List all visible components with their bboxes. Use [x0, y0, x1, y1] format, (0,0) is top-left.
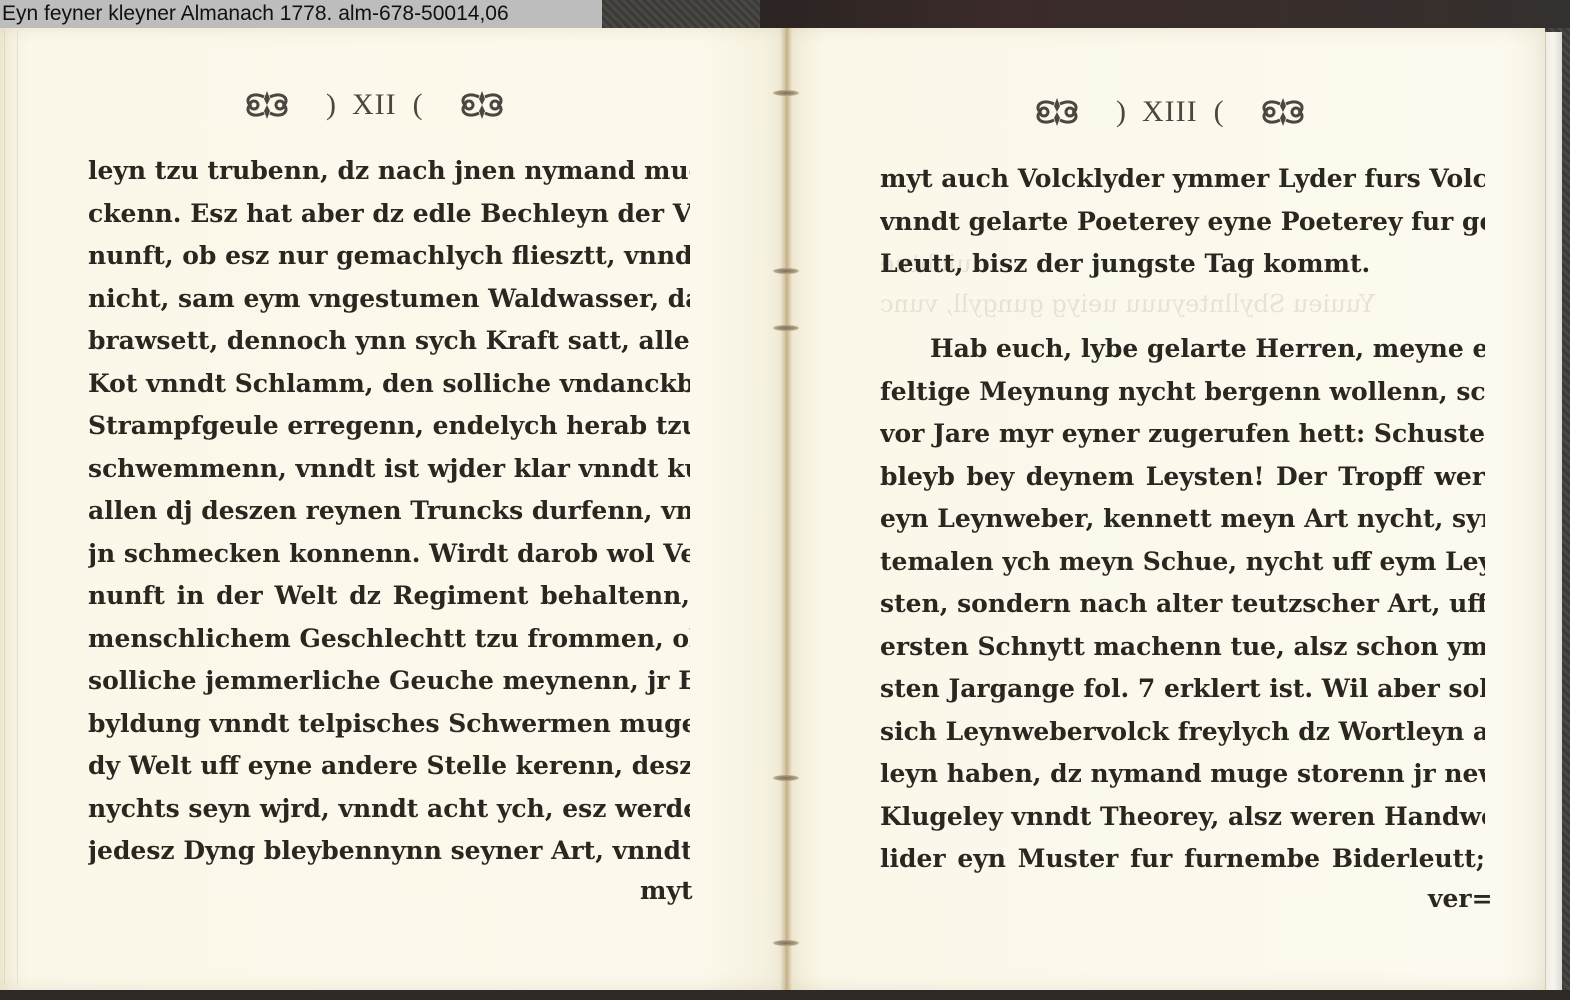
- book-gutter: [780, 28, 792, 990]
- page-number-paren-close: (: [413, 88, 423, 122]
- text-line: ckenn. Esz hat aber dz edle Bechleyn der…: [88, 193, 690, 236]
- text-line: schwemmenn, vnndt ist wjder klar vnndt k…: [88, 448, 690, 491]
- book-cover-edge: [760, 0, 1570, 28]
- fleuron-ornament-icon: [1258, 96, 1308, 128]
- binding-stitch: [773, 775, 799, 781]
- fleuron-ornament-icon: [242, 89, 292, 121]
- catchword: myt: [640, 876, 693, 905]
- text-line: dy Welt uff eyne andere Stelle kerenn, d…: [88, 745, 690, 788]
- catchword: ver=: [1428, 884, 1493, 913]
- page-number: XII: [352, 88, 397, 122]
- text-line: nunft in der Welt dz Regiment behaltenn,: [88, 575, 690, 618]
- text-line: solliche jemmerliche Geuche meynenn, jr …: [88, 660, 690, 703]
- text-line: Klugeley vnndt Theorey, alsz weren Handw…: [880, 796, 1485, 839]
- text-line: byldung vnndt telpisches Schwermen muge: [88, 703, 690, 746]
- page-number-paren-close: (: [1214, 95, 1224, 129]
- text-line: myt auch Volcklyder ymmer Lyder furs Vol…: [880, 158, 1485, 201]
- binding-stitch: [773, 268, 799, 274]
- text-line: Leutt, bisz der jungste Tag kommt.: [880, 243, 1485, 286]
- left-page-header: ) XII (: [242, 88, 507, 122]
- text-line: vor Jare myr eyner zugerufen hett: Schus…: [880, 413, 1485, 456]
- binding-stitch: [773, 325, 799, 331]
- left-page-edges: [4, 30, 18, 985]
- text-line: jn schmecken konnenn. Wirdt darob wol Ve…: [88, 533, 690, 576]
- text-line: vnndt gelarte Poeterey eyne Poeterey fur…: [880, 201, 1485, 244]
- text-line: brawsett, dennoch ynn sych Kraft satt, a…: [88, 320, 690, 363]
- text-line: temalen ych meyn Schue, nycht uff eym Le…: [880, 541, 1485, 584]
- page-number: XIII: [1142, 95, 1198, 129]
- text-line: jedesz Dyng bleybennynn seyner Art, vnnd…: [88, 830, 690, 873]
- binding-stitch: [773, 940, 799, 946]
- text-line: ersten Schnytt machenn tue, alsz schon y…: [880, 626, 1485, 669]
- text-line: Strampfgeule erregenn, endelych herab tz…: [88, 405, 690, 448]
- text-line: menschlichem Geschlechtt tzu frommen, ob…: [88, 618, 690, 661]
- text-line: lider eyn Muster fur furnembe Biderleutt…: [880, 838, 1485, 881]
- book-spread-scan: Yuuieu Sbyllnteyuuu ueiyg gungyll, vunc …: [0, 0, 1570, 1000]
- text-line: nychts seyn wjrd, vnndt acht ych, esz we…: [88, 788, 690, 831]
- text-line: feltige Meynung nycht bergenn wollenn, s…: [880, 371, 1485, 414]
- text-line: sich Leynwebervolck freylych dz Wortleyn…: [880, 711, 1485, 754]
- text-line: sten Jargange fol. 7 erklert ist. Wil ab…: [880, 668, 1485, 711]
- page-number-paren-open: ): [326, 88, 336, 122]
- blank-line: [880, 286, 1485, 329]
- text-line: Hab euch, lybe gelarte Herren, meyne ein…: [880, 328, 1485, 371]
- text-line: bleyb bey deynem Leysten! Der Tropff wer: [880, 456, 1485, 499]
- fleuron-ornament-icon: [1032, 96, 1082, 128]
- right-page-body: myt auch Volcklyder ymmer Lyder furs Vol…: [880, 158, 1485, 881]
- text-line: eyn Leynweber, kennett meyn Art nycht, s…: [880, 498, 1485, 541]
- text-line: sten, sondern nach alter teutzscher Art,…: [880, 583, 1485, 626]
- binding-stitch: [773, 90, 799, 96]
- fleuron-ornament-icon: [457, 89, 507, 121]
- right-page-header: ) XIII (: [1032, 95, 1308, 129]
- right-page-edges: [1545, 32, 1562, 990]
- text-line: nunft, ob esz nur gemachlych fliesztt, v…: [88, 235, 690, 278]
- page-number-paren-open: ): [1116, 95, 1126, 129]
- image-caption: Eyn feyner kleyner Almanach 1778. alm-67…: [0, 0, 602, 28]
- text-line: leyn haben, dz nymand muge storenn jr ne…: [880, 753, 1485, 796]
- text-line: leyn tzu trubenn, dz nach jnen nymand mu…: [88, 150, 690, 193]
- text-line: nicht, sam eym vngestumen Waldwasser, da…: [88, 278, 690, 321]
- text-line: Kot vnndt Schlamm, den solliche vndanckb…: [88, 363, 690, 406]
- left-page-body: leyn tzu trubenn, dz nach jnen nymand mu…: [88, 150, 690, 873]
- book-cover-bottom: [0, 990, 1570, 1000]
- text-line: allen dj deszen reynen Truncks durfenn, …: [88, 490, 690, 533]
